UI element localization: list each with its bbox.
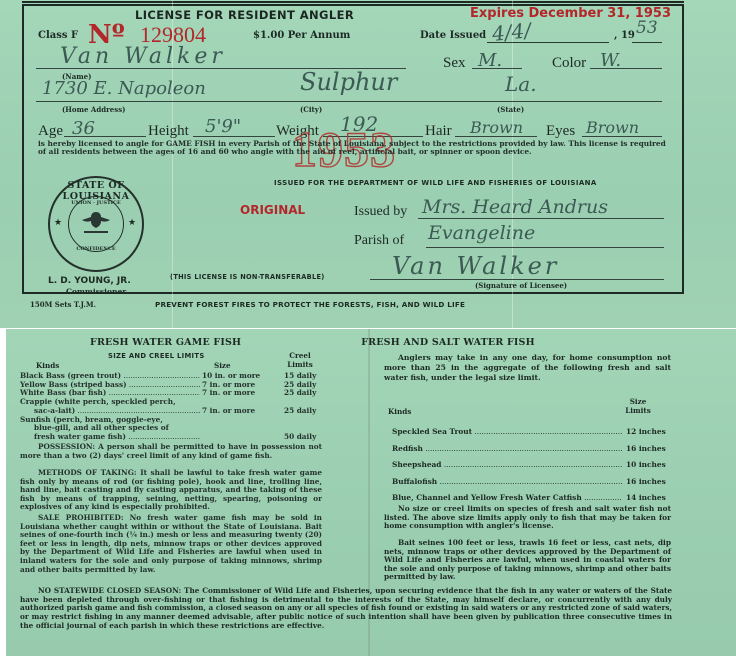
possession-rule: POSSESSION: A person shall be permitted … (20, 443, 322, 460)
table-row: Sheepshead 10 inches (392, 457, 672, 474)
color-label: Color (552, 55, 586, 72)
fish-kind: Crappie (white perch, speckled perch, (20, 398, 322, 407)
table-row: Yellow Bass (striped bass) 7 in. or more… (20, 381, 322, 390)
creel-limits-header: Creel Limits (280, 351, 320, 369)
sex-value: M. (478, 50, 502, 71)
fish-size: 16 inches (622, 474, 672, 491)
license-fee: $1.00 Per Annum (253, 30, 350, 41)
fish-size: 16 inches (622, 441, 672, 458)
table-row: sac-a-lait) 7 in. or more 25 daily (20, 407, 322, 416)
signature-label: (Signature of Licensee) (475, 281, 567, 290)
address-line (36, 101, 662, 102)
fish-kind: Buffalofish (392, 474, 622, 491)
fish-kind: Sunfish (perch, bream, goggle-eye, (20, 416, 322, 425)
salt-water-intro: Anglers may take in any one day, for hom… (384, 353, 671, 383)
table-row: Speckled Sea Trout 12 inches (392, 424, 672, 441)
address-value: 1730 E. Napoleon (42, 78, 206, 99)
intro-text: Anglers may take in any one day, for hom… (384, 353, 671, 382)
fish-kind: Redfish (392, 441, 622, 458)
size-header: Size (214, 361, 231, 370)
hair-label: Hair (425, 123, 452, 140)
commissioner-name: L. D. YOUNG, JR. (48, 276, 131, 286)
closed-season-title: NO STATEWIDE CLOSED SEASON: (20, 586, 181, 595)
star-icon: ★ (128, 218, 136, 228)
original-stamp: ORIGINAL (240, 203, 305, 217)
no-limits-text: No size or creel limits on species of fr… (384, 504, 671, 530)
parish-label: Parish of (354, 233, 404, 249)
fish-size: 12 inches (622, 424, 672, 441)
pelican-seal-icon (78, 208, 114, 243)
frame-top-rule (22, 1, 684, 3)
fish-size (200, 433, 278, 442)
name-value: Van Walker (60, 44, 226, 69)
license-back: FRESH WATER GAME FISH SIZE AND CREEL LIM… (6, 329, 736, 656)
size-creel-subheading: SIZE AND CREEL LIMITS (108, 352, 205, 360)
bait-text: Bait seines 100 feet or less, trawls 16 … (384, 538, 671, 581)
fish-kind-continued: blue-gill, and all other species of (20, 424, 322, 433)
authorization-text: is hereby licensed to angle for GAME FIS… (38, 140, 668, 157)
table-row: Redfish 16 inches (392, 441, 672, 458)
table-row: blue-gill, and all other species of (20, 424, 322, 433)
age-value: 36 (72, 118, 95, 139)
size-limits-header: Size Limits (618, 397, 658, 415)
issued-for-department: ISSUED FOR THE DEPARTMENT OF WILD LIFE A… (274, 179, 597, 187)
height-value: 5'9" (205, 116, 241, 137)
star-icon: ★ (54, 218, 62, 228)
hair-value: Brown (470, 118, 523, 137)
fish-size: 10 inches (622, 457, 672, 474)
fish-kind: Black Bass (green trout) (20, 372, 200, 381)
parish-line (426, 247, 664, 248)
age-label: Age (38, 123, 63, 140)
seal-ring-text: STATE OF LOUISIANA (50, 180, 142, 202)
fish-kind-continued: sac-a-lait) (20, 407, 200, 416)
date-issued-label: Date Issued (420, 30, 486, 41)
fish-size: 7 in. or more (200, 407, 278, 416)
salt-water-table: Speckled Sea Trout 12 inches Redfish 16 … (392, 424, 672, 507)
fish-kind: Speckled Sea Trout (392, 424, 622, 441)
color-value: W. (600, 50, 621, 71)
closed-season-rule: NO STATEWIDE CLOSED SEASON: The Commissi… (20, 587, 672, 631)
seal-bottom-motto: CONFIDENCE (50, 246, 142, 252)
sale-rule: SALE PROHIBITED: No fresh water game fis… (20, 514, 322, 574)
issued-by-line (418, 218, 664, 219)
issued-by-label: Issued by (354, 204, 407, 220)
license-front: LICENSE FOR RESIDENT ANGLER Expires Dece… (0, 0, 736, 328)
table-row: White Bass (bar fish) 7 in. or more 25 d… (20, 389, 322, 398)
fish-kind: Sheepshead (392, 457, 622, 474)
commissioner-title: Commissioner (66, 287, 126, 296)
kinds-header: Kinds (36, 361, 59, 370)
fish-creel: 25 daily (278, 407, 322, 416)
address-label: (Home Address) (62, 105, 125, 114)
table-row: Black Bass (green trout) 10 in. or more … (20, 372, 322, 381)
seal-motto: UNION · JUSTICE (50, 200, 142, 206)
footer-slogan: PREVENT FOREST FIRES TO PROTECT THE FORE… (155, 300, 465, 309)
license-class: Class F (38, 30, 78, 41)
fish-creel: 50 daily (278, 433, 322, 442)
printer-mark: 150M Sets T.J.M. (30, 300, 96, 309)
table-row: fresh water game fish) 50 daily (20, 433, 322, 442)
table-row: Crappie (white perch, speckled perch, (20, 398, 322, 407)
fish-size: 7 in. or more (200, 389, 278, 398)
issued-by-value: Mrs. Heard Andrus (422, 196, 608, 218)
fish-creel: 25 daily (278, 389, 322, 398)
fish-kind: White Bass (bar fish) (20, 389, 200, 398)
year-line (632, 42, 662, 43)
weight-value: 192 (340, 112, 378, 136)
bait-rule: Bait seines 100 feet or less, trawls 16 … (384, 539, 671, 582)
city-value: Sulphur (300, 68, 397, 96)
fresh-water-heading: FRESH WATER GAME FISH (90, 337, 241, 348)
height-label: Height (148, 123, 189, 140)
parish-value: Evangeline (428, 222, 535, 244)
fish-kind: Yellow Bass (striped bass) (20, 381, 200, 390)
table-row: Sunfish (perch, bream, goggle-eye, (20, 416, 322, 425)
salt-water-heading: FRESH AND SALT WATER FISH (298, 337, 598, 348)
eyes-label: Eyes (546, 123, 575, 140)
fish-kind-continued: fresh water game fish) (20, 433, 200, 442)
year-prefix: , 19 (614, 30, 635, 41)
non-transferable-notice: (THIS LICENSE IS NON-TRANSFERABLE) (170, 273, 325, 281)
eyes-value: Brown (586, 118, 639, 137)
table-row: Buffalofish 16 inches (392, 474, 672, 491)
kinds-header: Kinds (388, 407, 411, 416)
state-value: La. (505, 72, 537, 96)
state-seal: STATE OF LOUISIANA UNION · JUSTICE ★ ★ C… (48, 176, 144, 272)
sale-text: No fresh water game fish may be sold in … (20, 513, 322, 574)
fresh-water-table: Black Bass (green trout) 10 in. or more … (20, 372, 322, 442)
date-issued-value: 4/4/ (491, 18, 532, 46)
methods-rule: METHODS OF TAKING: It shall be lawful to… (20, 469, 322, 512)
year-value: 53 (636, 18, 658, 38)
signature-value: Van Walker (392, 252, 559, 280)
license-title: LICENSE FOR RESIDENT ANGLER (135, 8, 354, 22)
no-limits-rule: No size or creel limits on species of fr… (384, 505, 671, 531)
city-label: (City) (300, 105, 322, 114)
state-label: (State) (497, 105, 524, 114)
sex-label: Sex (443, 55, 466, 72)
